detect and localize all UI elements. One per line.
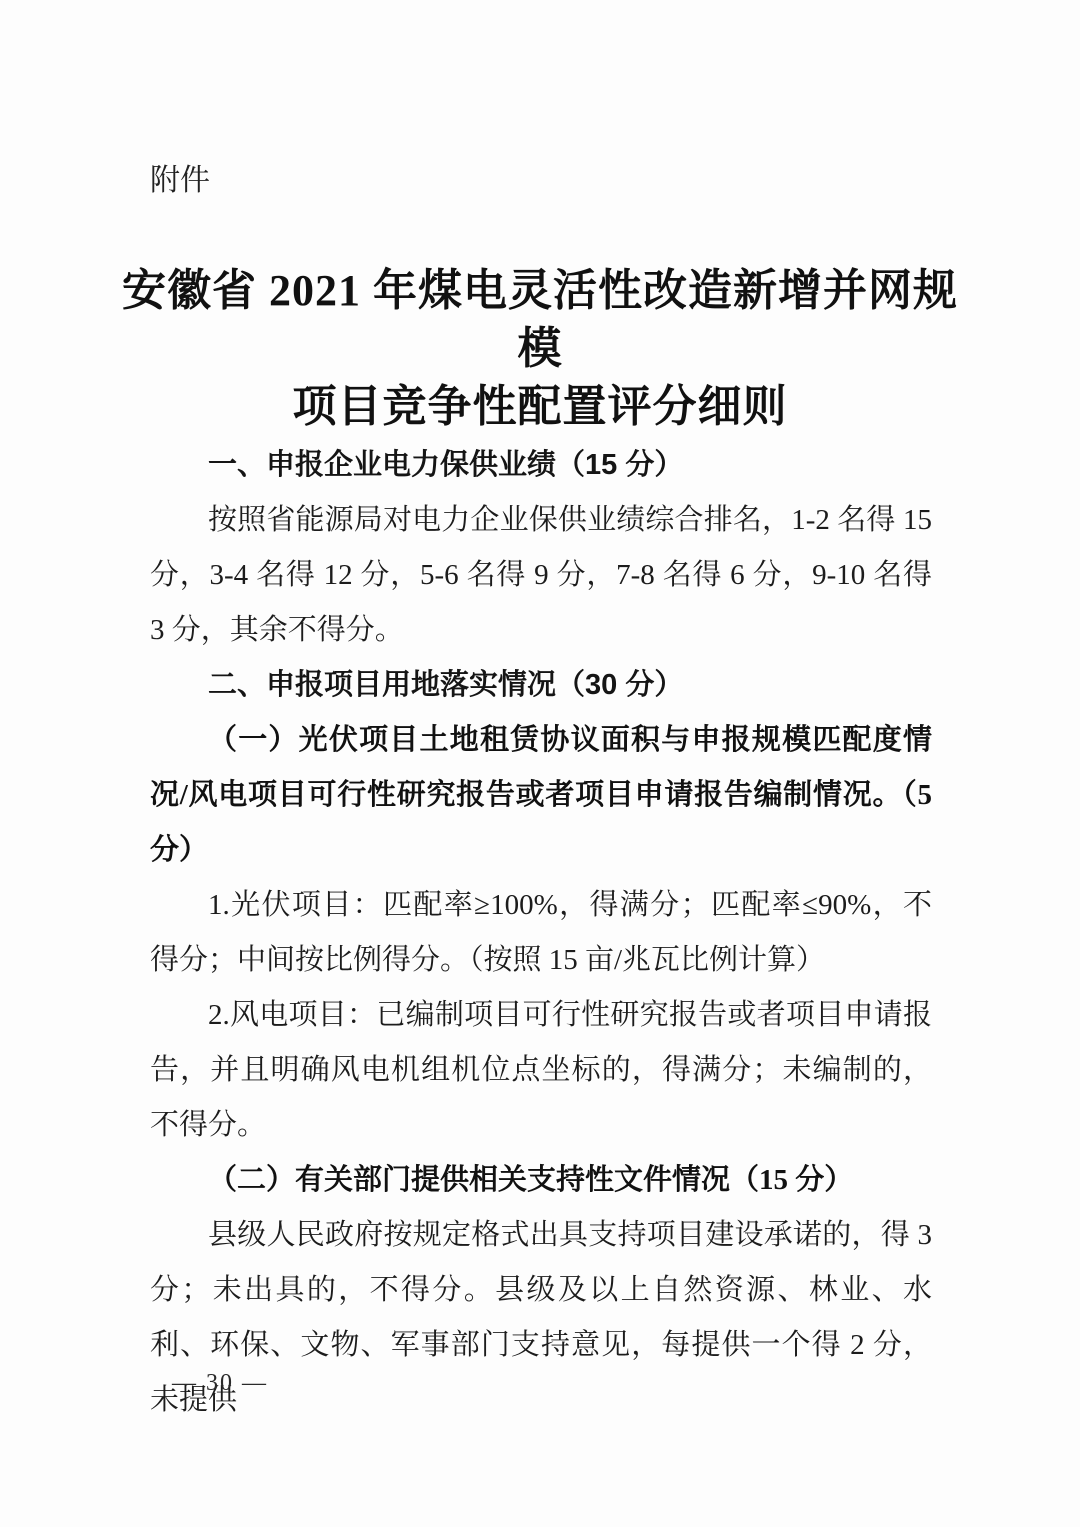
section-2-heading: 二、申报项目用地落实情况（30 分） xyxy=(150,658,932,713)
page-number: — 30 — xyxy=(172,1368,268,1398)
document-page: 附件 安徽省 2021 年煤电灵活性改造新增并网规模 项目竞争性配置评分细则 一… xyxy=(0,0,1080,1527)
document-body: 一、申报企业电力保供业绩（15 分） 按照省能源局对电力企业保供业绩综合排名，1… xyxy=(150,438,932,1428)
title-line-1: 安徽省 2021 年煤电灵活性改造新增并网规模 xyxy=(110,262,970,378)
section-1-heading: 一、申报企业电力保供业绩（15 分） xyxy=(150,438,932,493)
subsection-2-1-paragraph-1: 1.光伏项目：匹配率≥100%，得满分；匹配率≤90%，不得分；中间按比例得分。… xyxy=(150,878,932,988)
subsection-2-1-paragraph-2: 2.风电项目：已编制项目可行性研究报告或者项目申请报告，并且明确风电机组机位点坐… xyxy=(150,988,932,1153)
document-title: 安徽省 2021 年煤电灵活性改造新增并网规模 项目竞争性配置评分细则 xyxy=(110,262,970,436)
section-1-paragraph-1: 按照省能源局对电力企业保供业绩综合排名，1-2 名得 15 分，3-4 名得 1… xyxy=(150,493,932,658)
title-line-2: 项目竞争性配置评分细则 xyxy=(110,378,970,436)
subsection-2-2-heading: （二）有关部门提供相关支持性文件情况（15 分） xyxy=(150,1153,932,1208)
attachment-label: 附件 xyxy=(150,163,210,199)
subsection-2-1-heading: （一）光伏项目土地租赁协议面积与申报规模匹配度情况/风电项目可行性研究报告或者项… xyxy=(150,713,932,878)
